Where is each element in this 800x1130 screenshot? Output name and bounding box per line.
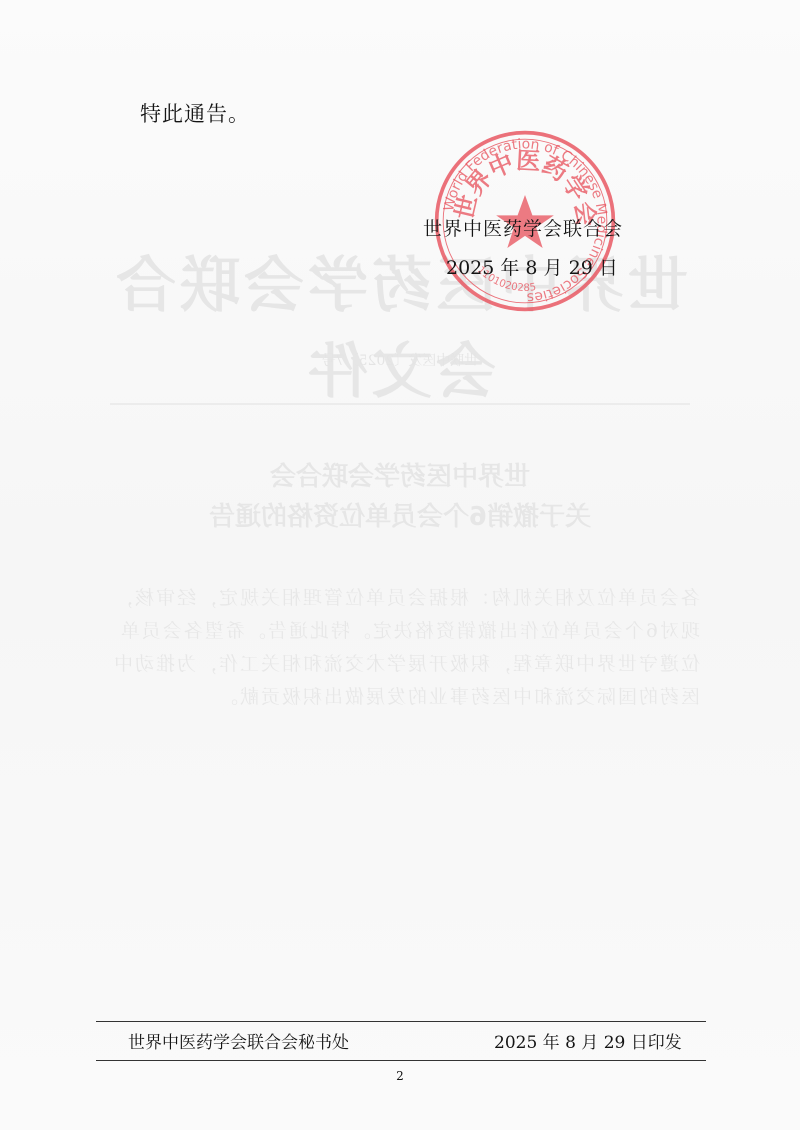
- ghost-doc-number: 世联中医发〔2025〕7号: [0, 350, 800, 370]
- closing-text: 特此通告。: [140, 98, 250, 128]
- signature-date: 2025 年 8 月 29 日: [446, 253, 618, 280]
- signature-organization: 世界中医药学会联合会: [423, 214, 623, 241]
- ghost-body: 各会员单位及相关机构：根据会员单位管理相关规定，经审核，现对6个会员单位作出撤销…: [100, 582, 700, 714]
- footer-issue-date: 2025 年 8 月 29 日印发: [494, 1028, 682, 1053]
- footer-top-rule: [96, 1021, 706, 1022]
- ghost-rule: [110, 403, 690, 405]
- footer-bottom-rule: [96, 1060, 706, 1061]
- page-number: 2: [0, 1069, 800, 1083]
- document-page: 世界中医药学会联合会文件 世联中医发〔2025〕7号 世界中医药学会联合会 关于…: [0, 0, 800, 1130]
- ghost-title-line1: 世界中医药学会联合会: [0, 456, 800, 493]
- bleed-through-layer: 世界中医药学会联合会文件 世联中医发〔2025〕7号 世界中医药学会联合会 关于…: [0, 0, 800, 1130]
- footer-issuer: 世界中医药学会联合会秘书处: [128, 1028, 349, 1053]
- ghost-title-line2: 关于撤销6个会员单位资格的通告: [0, 496, 800, 533]
